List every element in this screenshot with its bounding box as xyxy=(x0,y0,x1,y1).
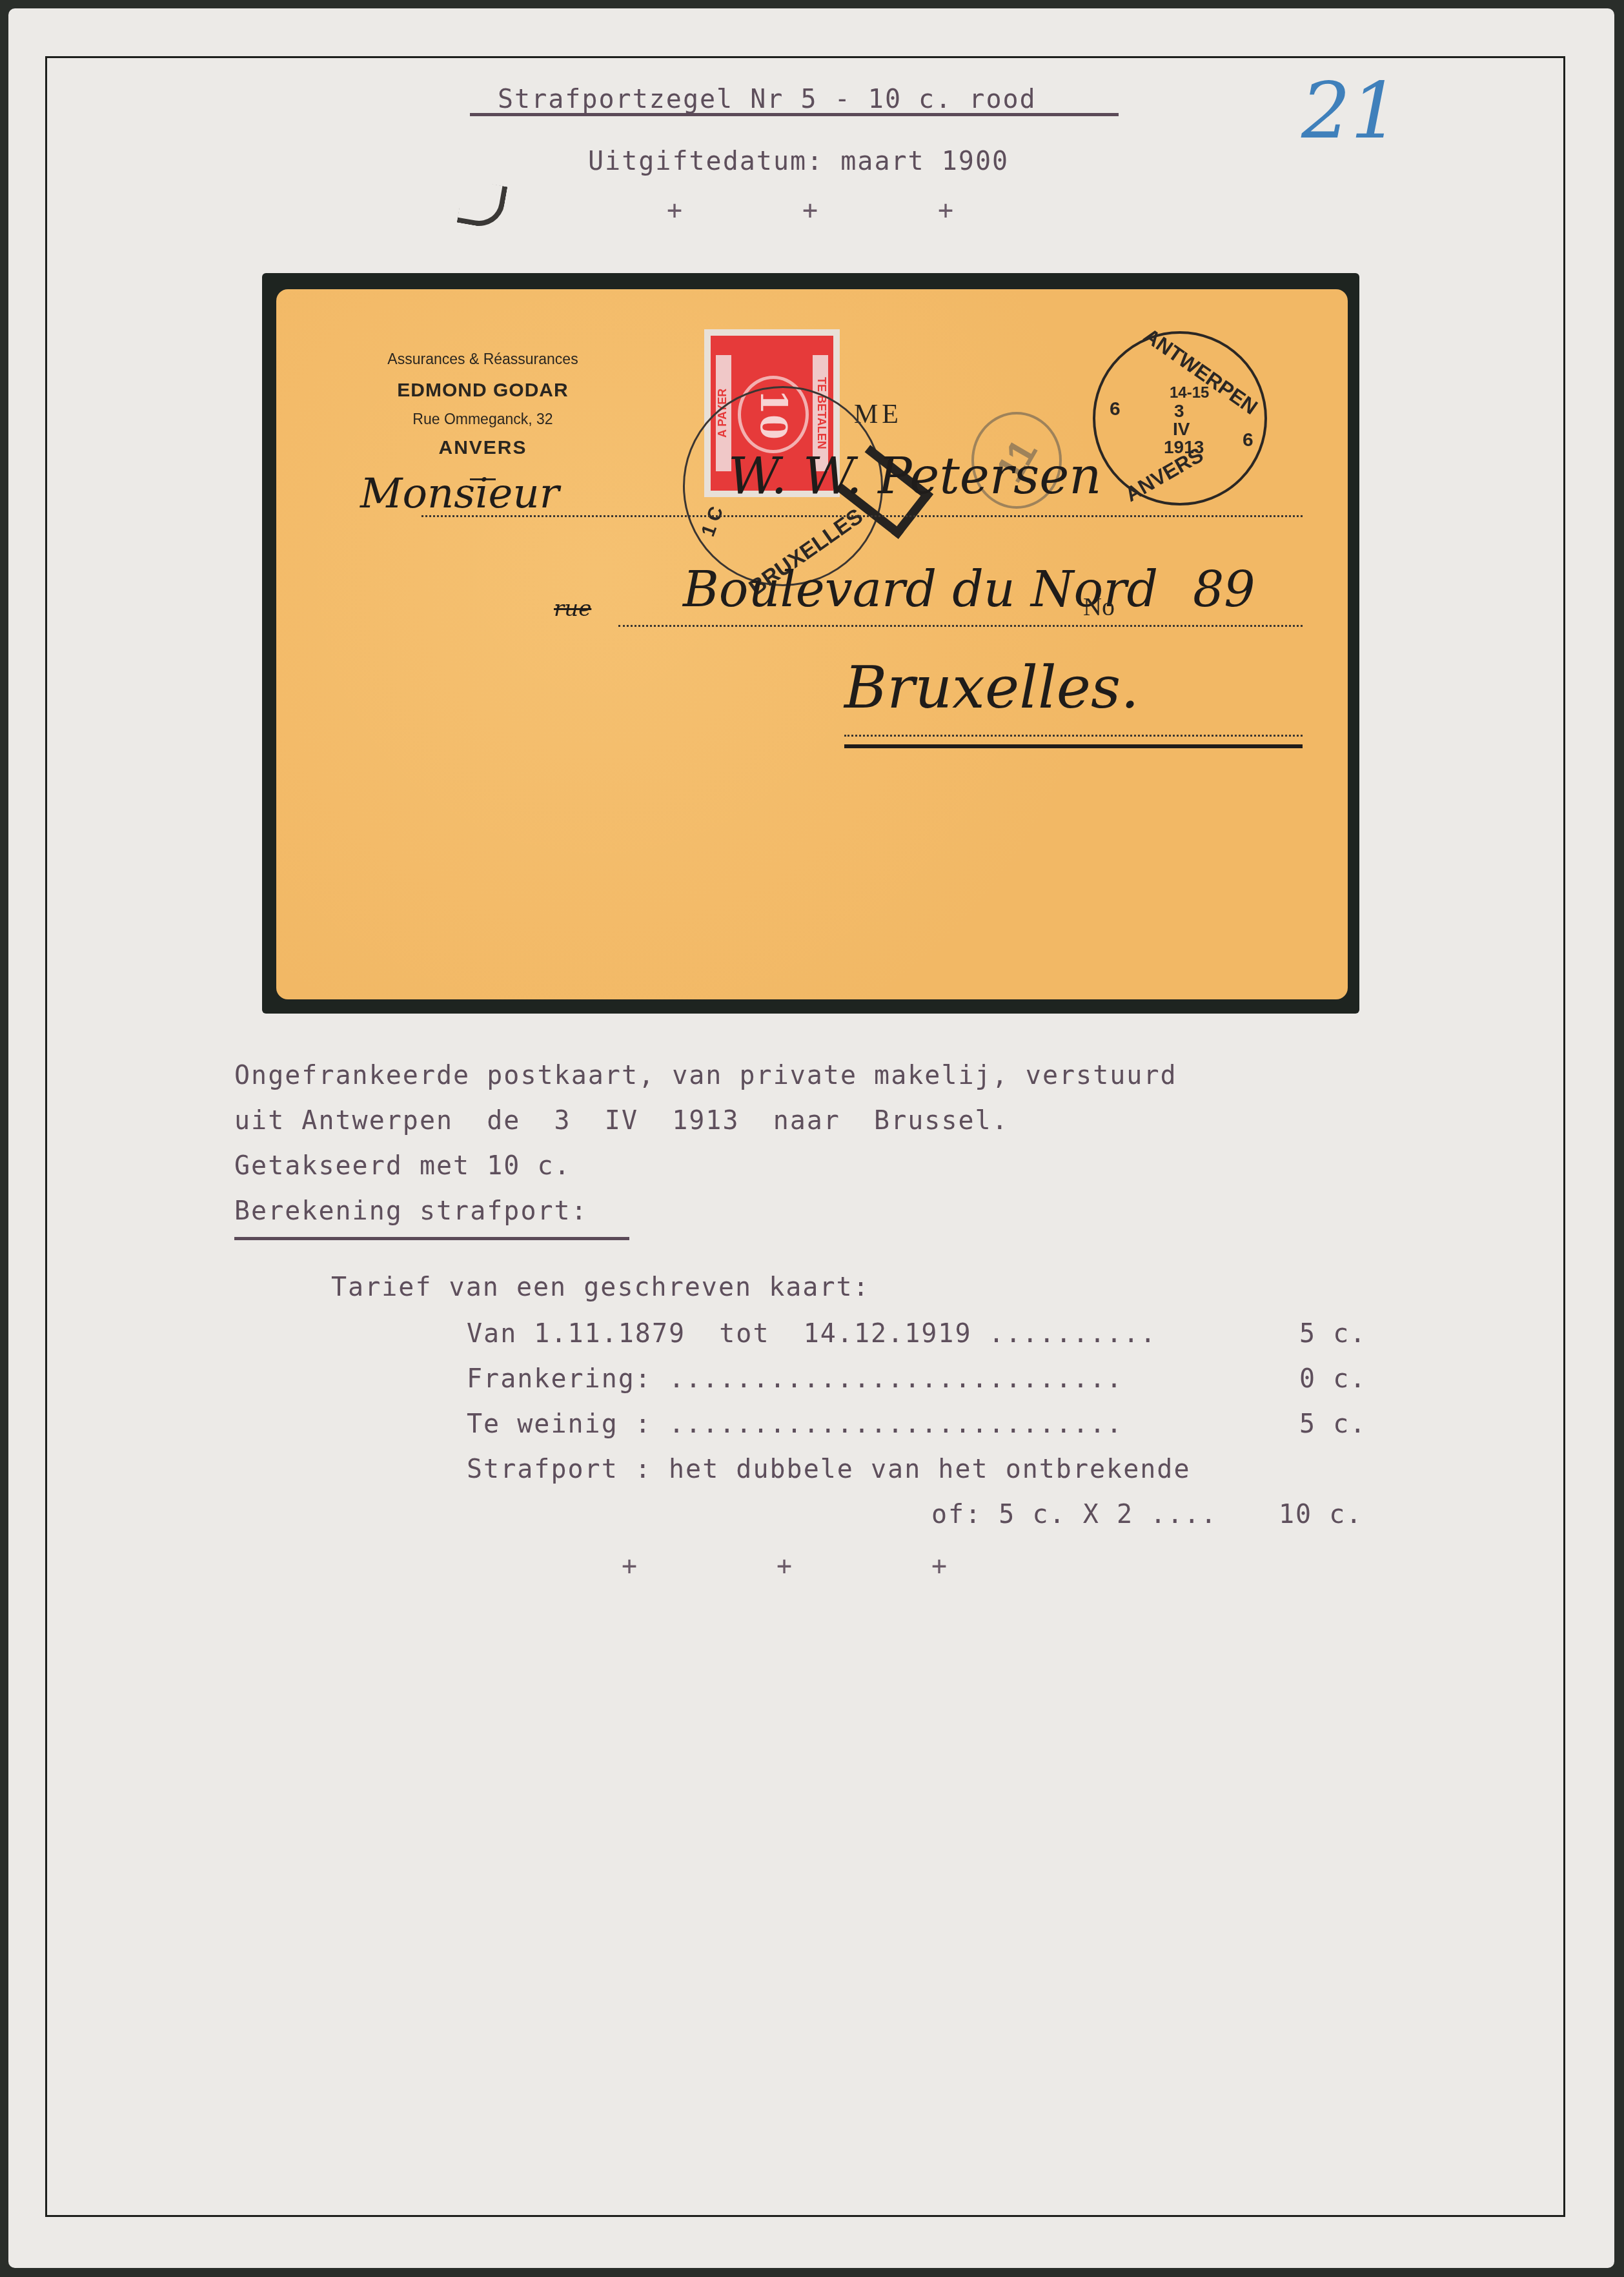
issue-date: Uitgiftedatum: maart 1900 xyxy=(588,147,1009,176)
calculation-heading: Berekening strafport: xyxy=(234,1196,588,1226)
sender-street: Rue Ommeganck, 32 xyxy=(347,411,618,428)
address-salutation: Monsieur xyxy=(360,470,559,518)
page-number: 21 xyxy=(1301,66,1400,156)
departure-postmark-office-right: 6 xyxy=(1243,429,1254,451)
departure-postmark-top: ANTWERPEN xyxy=(1139,323,1262,420)
address-street-prefix: rue xyxy=(554,596,591,622)
sender-name: EDMOND GODAR xyxy=(347,380,618,402)
title-underline xyxy=(470,113,1119,116)
calc-row-value: 0 c. xyxy=(1299,1364,1366,1394)
penalty-value: 10 c. xyxy=(1279,1500,1363,1529)
calculation-intro: Tarief van een geschreven kaart: xyxy=(331,1272,870,1302)
penalty-line: Strafport : het dubbele van het ontbreke… xyxy=(467,1455,1191,1484)
departure-postmark-time: 14-15 xyxy=(1170,384,1209,402)
separator-plus: + xyxy=(938,196,953,225)
separator-plus: + xyxy=(802,196,818,225)
departure-postmark: ANTWERPEN 14-15 3 IV 1913 6 6 ANVERS xyxy=(1093,331,1267,505)
calc-row-label: Van 1.11.1879 tot 14.12.1919 .......... xyxy=(467,1319,1157,1349)
address-number: 89 xyxy=(1193,560,1255,618)
postcard: Assurances & Réassurances EDMOND GODAR R… xyxy=(276,289,1348,999)
separator-plus: + xyxy=(776,1551,792,1581)
calc-row-value: 5 c. xyxy=(1299,1319,1366,1349)
separator-plus: + xyxy=(931,1551,947,1581)
address-line-2 xyxy=(618,625,1303,627)
address-number-label: No xyxy=(1083,591,1115,622)
description-line-3: Getakseerd met 10 c. xyxy=(234,1151,571,1181)
departure-postmark-office-left: 6 xyxy=(1110,398,1121,420)
separator-plus: + xyxy=(622,1551,637,1581)
page-title: Strafportzegel Nr 5 - 10 c. rood xyxy=(498,85,1037,114)
address-city: Bruxelles. xyxy=(844,654,1139,722)
arrival-postmark-code: 1 C xyxy=(697,504,728,540)
calc-row-label: Frankering: ........................... xyxy=(467,1364,1123,1394)
address-line-1 xyxy=(421,515,1303,517)
sender-city: ANVERS xyxy=(347,437,618,459)
description-line-2: uit Antwerpen de 3 IV 1913 naar Brussel. xyxy=(234,1106,1009,1136)
address-name: W. W. Petersen xyxy=(728,447,1102,505)
address-line-3 xyxy=(844,735,1303,737)
calc-row-label: Te weinig : ........................... xyxy=(467,1409,1123,1439)
description-line-1: Ongefrankeerde postkaart, van private ma… xyxy=(234,1061,1177,1090)
penalty-formula: of: 5 c. X 2 .... xyxy=(931,1500,1217,1529)
heading-underline xyxy=(234,1237,629,1240)
postcard-mount: Assurances & Réassurances EDMOND GODAR R… xyxy=(262,273,1359,1014)
calc-row-value: 5 c. xyxy=(1299,1409,1366,1439)
separator-plus: + xyxy=(667,196,682,225)
sender-line-1: Assurances & Réassurances xyxy=(347,351,618,368)
sender-imprint: Assurances & Réassurances EDMOND GODAR R… xyxy=(347,351,618,480)
album-page: Strafportzegel Nr 5 - 10 c. rood 21 Uitg… xyxy=(8,8,1614,2268)
address-city-underline xyxy=(844,744,1303,748)
